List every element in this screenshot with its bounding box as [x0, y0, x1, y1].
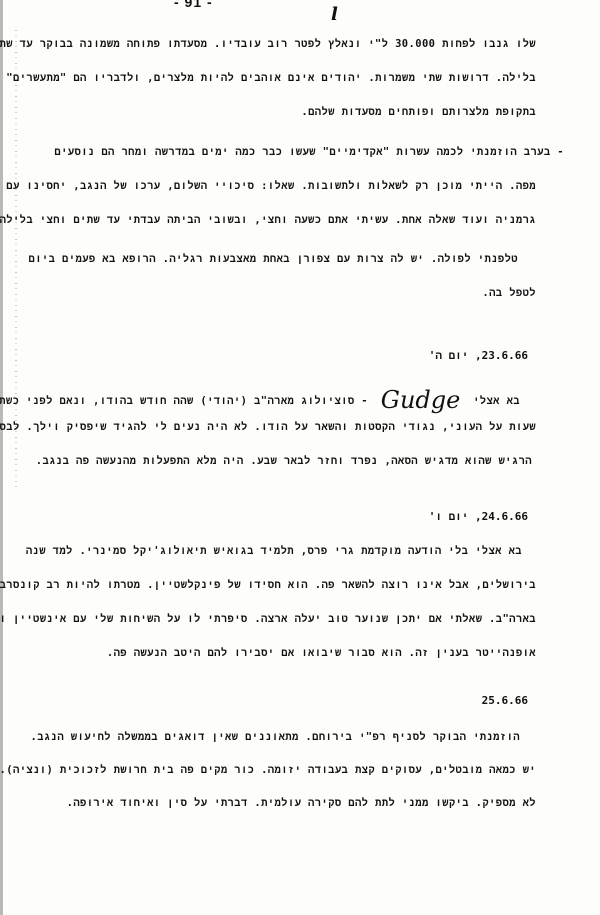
text-line: הוזמנתי הבוקר לסניף רפ"י בירוחם. מתאונני… — [31, 731, 520, 744]
text-line: לטפל בה. — [482, 287, 536, 300]
text-line: בתקופת מלצרותם ופותחים מסעדות שלהם. — [301, 106, 536, 119]
diary-date: 24.6.66, יום ו' — [429, 510, 528, 524]
text-line: שלו גנבו לפחות 30.000 ל"י ונאלץ לפטר רוב… — [64, 38, 536, 51]
page-number: - 91 - — [174, 0, 213, 10]
handwritten-name: Gudge — [381, 386, 461, 414]
text-line: שעות על העוני, נגודי הקסטות והשאר על הוד… — [0, 421, 536, 434]
text-segment: - סוציולוג מארה"ב (יהודי) שהה חודש בהודו… — [0, 395, 368, 407]
text-segment: בא אצלי — [473, 395, 520, 407]
text-line: הרגיש שהוא מדגיש הסאה, נפרד וחזר לבאר שב… — [36, 455, 532, 468]
diary-date: 25.6.66 — [482, 694, 528, 707]
text-line: בארה"ב. שאלתי אם יתכן שנוער טוב יעלה ארצ… — [0, 613, 536, 626]
text-line: בא אצלי בלי הודעה מוקדמת גרי פרס, תלמיד … — [26, 545, 522, 558]
text-line: בלילה. דרושות שתי משמרות. יהודים אינם או… — [6, 72, 536, 85]
text-line: טלפנתי לפולה. יש לה צרות עם צפורן באחת מ… — [29, 253, 518, 266]
page-left-edge — [0, 0, 3, 915]
text-line: לא מספיק. ביקשו ממני לתת להם סקירה עולמי… — [67, 797, 536, 810]
text-line: - בערב הוזמנתי לכמה עשרות "אקדימיים" שעש… — [54, 146, 564, 159]
text-line: יש כמאה מובטלים, עסוקים קצת בעבודה יזומה… — [0, 764, 536, 777]
text-line: אופנהייטר בענין זה. הוא סבור שיבואו אם י… — [107, 647, 536, 660]
diary-date: 23.6.66, יום ה' — [429, 349, 528, 363]
handwritten-margin-mark: l — [331, 4, 338, 25]
text-line-with-handwriting: בא אצלי Gudge - סוציולוג מארה"ב (יהודי) … — [0, 382, 520, 410]
text-line: גרמניה ועוד שאלה אחת. עשיתי אתם כשעה וחצ… — [0, 214, 536, 227]
text-line: בירושלים, אבל אינו רוצה להשאר פה. הוא חס… — [0, 579, 536, 592]
text-line: מפה. הייתי מוכן רק לשאלות ולתשובות. שאלו… — [6, 180, 536, 193]
